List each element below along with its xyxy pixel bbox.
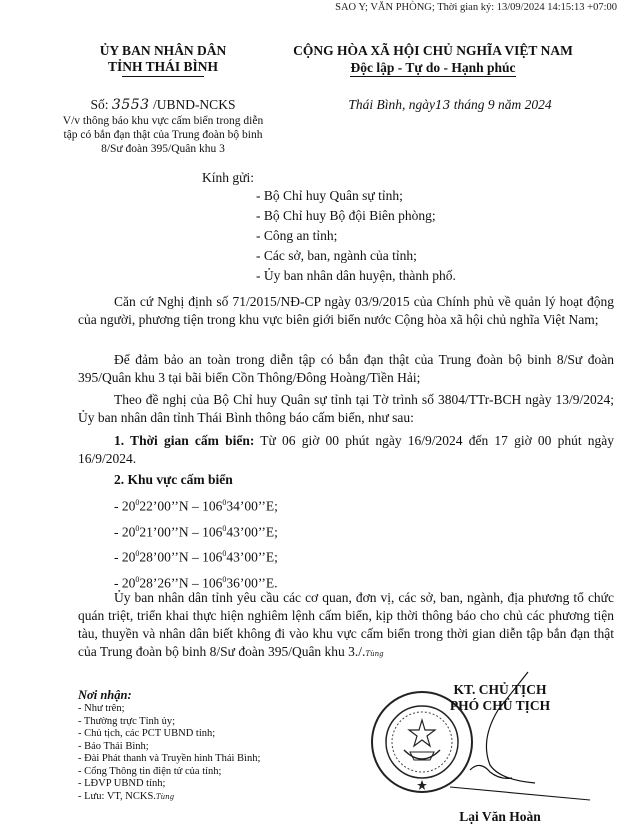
document-number: Số: 3553 /UBND-NCKS xyxy=(58,97,268,113)
section-area-heading: 2. Khu vực cấm biển xyxy=(114,472,233,488)
signature-block: KT. CHỦ TỊCH PHÓ CHỦ TỊCH Lại Văn Hoàn xyxy=(395,682,605,714)
org-name-line2: TỈNH THÁI BÌNH xyxy=(58,59,268,75)
issuing-authority: ỦY BAN NHÂN DÂN TỈNH THÁI BÌNH xyxy=(58,43,268,77)
signer-title: PHÓ CHỦ TỊCH xyxy=(395,698,605,714)
recipient-item: - Như trên; xyxy=(78,703,338,716)
paragraph-proposal: Theo đề nghị của Bộ Chỉ huy Quân sự tỉnh… xyxy=(78,391,614,433)
date-rest: tháng 9 năm 2024 xyxy=(450,97,551,112)
paragraph-text: Căn cứ Nghị định số 71/2015/NĐ-CP ngày 0… xyxy=(78,293,614,329)
org-name-line1: ỦY BAN NHÂN DÂN xyxy=(58,43,268,59)
addressee-item: - Công an tỉnh; xyxy=(256,226,456,246)
recipients-block: Nơi nhận: - Như trên; - Thường trực Tỉnh… xyxy=(78,688,338,803)
recipient-item: - Đài Phát thanh và Truyền hình Thái Bìn… xyxy=(78,753,338,766)
recipient-item: - Báo Thái Bình; xyxy=(78,741,338,754)
paragraph-purpose: Để đảm bảo an toàn trong diễn tập có bắn… xyxy=(78,351,614,393)
national-motto: Độc lập - Tự do - Hạnh phúc xyxy=(350,60,515,77)
recipient-item-text: - Lưu: VT, NCKS. xyxy=(78,791,156,802)
addressee-item: - Ủy ban nhân dân huyện, thành phố. xyxy=(256,266,456,286)
digital-signature-stamp: SAO Y; VĂN PHÒNG; Thời gian ký: 13/09/20… xyxy=(335,2,617,13)
signer-name: Lại Văn Hoàn xyxy=(395,809,605,825)
paragraph-text: Theo đề nghị của Bộ Chỉ huy Quân sự tỉnh… xyxy=(78,391,614,427)
doc-number-prefix: Số: xyxy=(91,97,109,112)
section-time-heading: 1. Thời gian cấm biển: xyxy=(114,433,254,448)
paragraph-legal-basis: Căn cứ Nghị định số 71/2015/NĐ-CP ngày 0… xyxy=(78,293,614,335)
doc-number-handwritten: 3553 xyxy=(112,97,150,113)
addressee-item: - Bộ Chỉ huy Quân sự tỉnh; xyxy=(256,186,456,206)
paragraph-request: Ủy ban nhân dân tỉnh yêu cầu các cơ quan… xyxy=(78,589,614,669)
document-subject: V/v thông báo khu vực cấm biển trong diễ… xyxy=(58,114,268,156)
recipient-item: - LĐVP UBND tỉnh; xyxy=(78,778,338,791)
paragraph-text: Để đảm bảo an toàn trong diễn tập có bắn… xyxy=(78,351,614,387)
salutation: Kính gửi: xyxy=(202,170,254,186)
coordinate-item: - 20021’00’’N – 106043’00’’E; xyxy=(114,518,278,544)
paragraph-request-text: Ủy ban nhân dân tỉnh yêu cầu các cơ quan… xyxy=(78,590,614,659)
recipient-item: - Cổng Thông tin điện tử của tỉnh; xyxy=(78,766,338,779)
doc-number-suffix: /UBND-NCKS xyxy=(153,97,236,112)
nation-title: CỘNG HÒA XÃ HỘI CHỦ NGHĨA VIỆT NAM xyxy=(258,43,608,59)
paraph-initials: Tùng xyxy=(365,650,383,658)
paraph-initials: Tùng xyxy=(156,793,174,801)
addressee-item: - Các sở, ban, ngành của tỉnh; xyxy=(256,246,456,266)
date-line: Thái Bình, ngày13 tháng 9 năm 2024 xyxy=(300,97,600,113)
section-time-text: 1. Thời gian cấm biển: Từ 06 giờ 00 phút… xyxy=(78,432,614,468)
coordinate-item: - 20028’00’’N – 106043’00’’E; xyxy=(114,543,278,569)
section-time: 1. Thời gian cấm biển: Từ 06 giờ 00 phút… xyxy=(78,432,614,474)
recipients-list: - Như trên; - Thường trực Tỉnh ủy; - Chủ… xyxy=(78,703,338,803)
coordinate-item: - 20022’00’’N – 106034’00’’E; xyxy=(114,492,278,518)
recipient-item: - Chủ tịch, các PCT UBND tỉnh; xyxy=(78,728,338,741)
recipient-item: - Lưu: VT, NCKS.Tùng xyxy=(78,791,338,804)
recipient-item: - Thường trực Tỉnh ủy; xyxy=(78,716,338,729)
recipients-title: Nơi nhận: xyxy=(78,688,338,703)
addressee-list: - Bộ Chỉ huy Quân sự tỉnh; - Bộ Chỉ huy … xyxy=(256,186,456,286)
paragraph-text: Ủy ban nhân dân tỉnh yêu cầu các cơ quan… xyxy=(78,589,614,663)
date-place: Thái Bình, ngày xyxy=(348,97,435,112)
coordinate-list: - 20022’00’’N – 106034’00’’E;- 20021’00’… xyxy=(114,492,278,594)
signer-authority: KT. CHỦ TỊCH xyxy=(395,682,605,698)
addressee-item: - Bộ Chỉ huy Bộ đội Biên phòng; xyxy=(256,206,456,226)
date-day-handwritten: 13 xyxy=(435,98,450,112)
national-header: CỘNG HÒA XÃ HỘI CHỦ NGHĨA VIỆT NAM Độc l… xyxy=(258,43,608,77)
header-underline xyxy=(122,76,204,77)
